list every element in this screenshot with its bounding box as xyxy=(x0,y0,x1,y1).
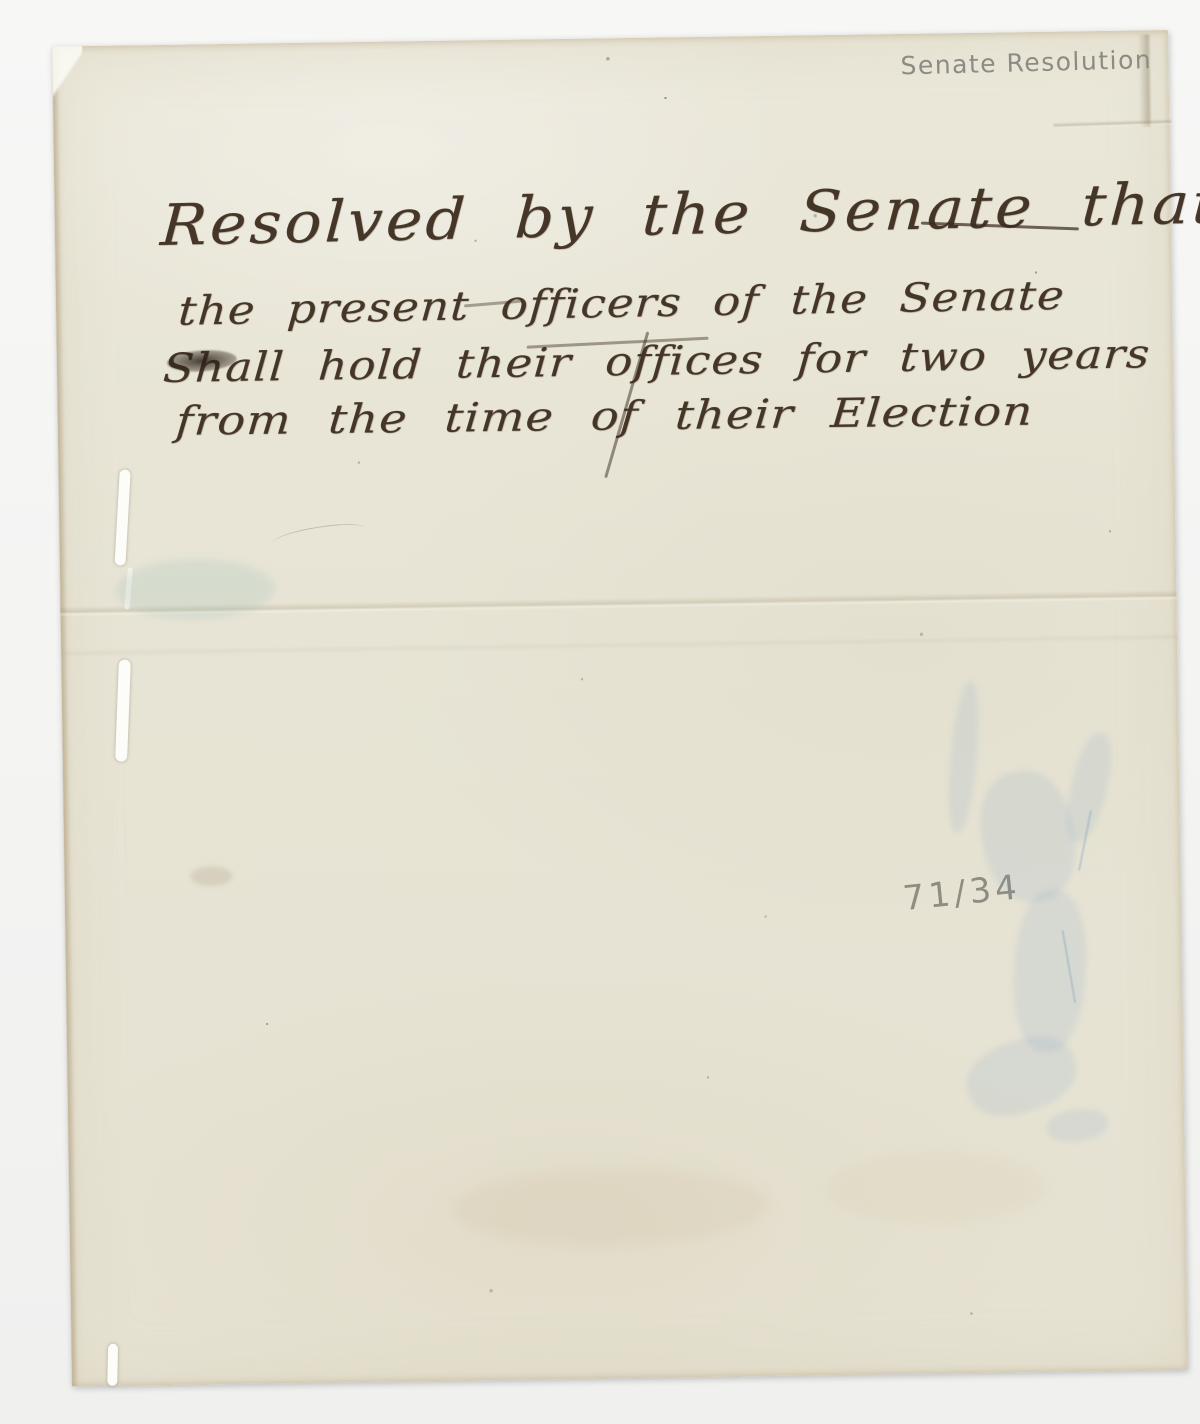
scan-background: Senate Resolution Resolved by the Senate… xyxy=(0,0,1200,1424)
paper-stain xyxy=(190,866,232,887)
blue-bleedthrough-smudge xyxy=(1045,1106,1110,1145)
fold-crease-faint xyxy=(61,634,1177,657)
paper-stain xyxy=(827,1150,1048,1225)
paper-stain xyxy=(449,1164,770,1251)
handwriting-line-4: from the time of their Election xyxy=(174,389,1035,445)
paper-sheet: Senate Resolution Resolved by the Senate… xyxy=(52,30,1188,1386)
handwriting-line-2: the present officers of the Senate xyxy=(177,273,1066,335)
paper-deckled-left-edge xyxy=(52,46,79,1386)
staple-hole-bottom xyxy=(107,1344,118,1386)
fold-crease-top-right xyxy=(1053,119,1171,129)
paper-top-left-corner-fold xyxy=(52,46,83,104)
handwriting-line-1: Resolved by the Senate that xyxy=(159,170,1200,259)
blue-bleedthrough-smudge xyxy=(1010,888,1091,1054)
faint-pencil-arc xyxy=(273,520,367,551)
blue-bleedthrough-smudge xyxy=(944,680,984,834)
staple-hole-top xyxy=(114,469,130,565)
blue-bleedthrough-smudge xyxy=(1059,729,1120,846)
staple-hole-middle xyxy=(115,659,131,761)
paper-speckles xyxy=(52,47,53,48)
